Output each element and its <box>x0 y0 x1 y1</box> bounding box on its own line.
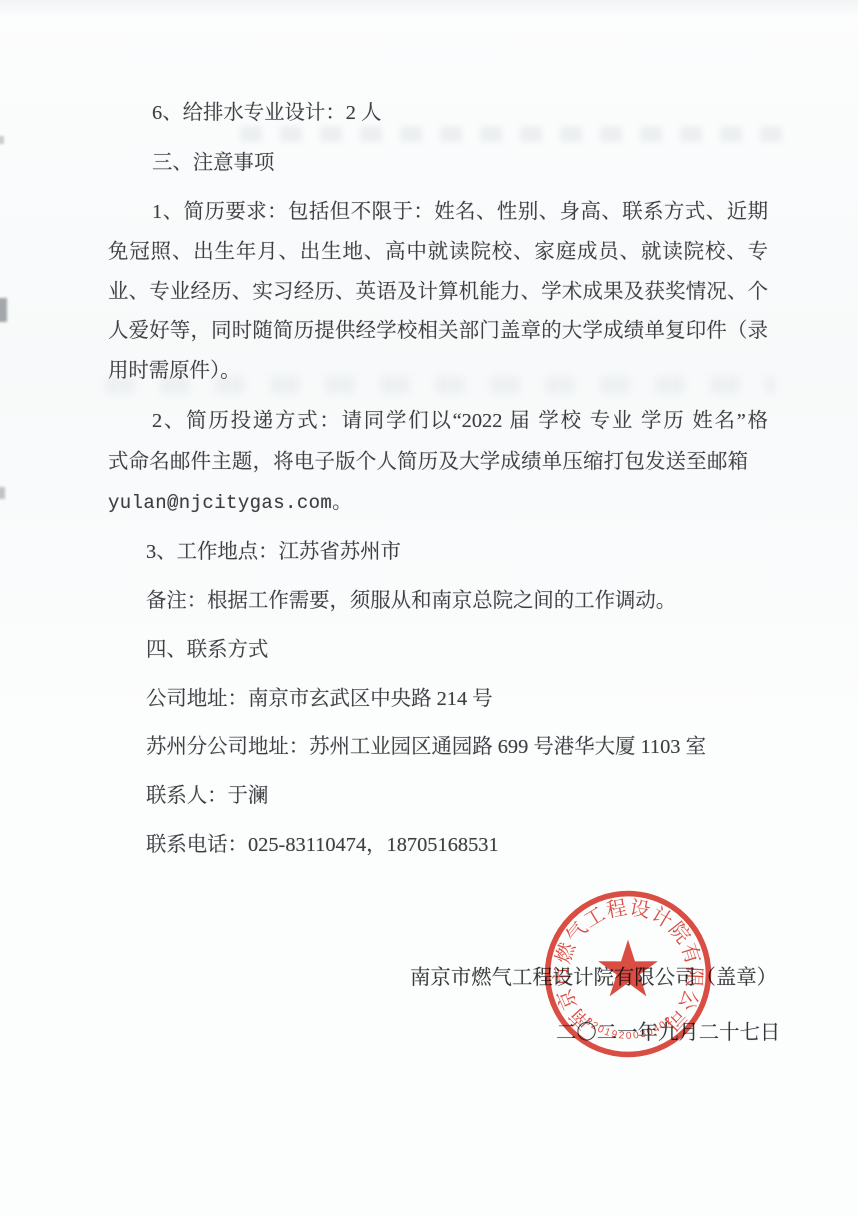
para-resume-req-l2: 免冠照、出生年月、出生地、高中就读院校、家庭成员、就读院校、专 <box>108 239 768 265</box>
line-item-6-plumbing: 6、给排水专业设计：2 人 <box>152 100 381 126</box>
contact-phone-line: 联系电话：025-83110474，18705168531 <box>146 832 499 858</box>
para-submission-l2: 式命名邮件主题，将电子版个人简历及大学成绩单压缩打包发送至邮箱 <box>108 449 748 475</box>
para-submission-l1: 2、简历投递方式：请同学们以“2022 届 学校 专业 学历 姓名”格 <box>152 408 768 434</box>
para-resume-req-l4: 人爱好等，同时随简历提供经学校相关部门盖章的大学成绩单复印件（录 <box>108 318 768 344</box>
document-page: 6、给排水专业设计：2 人三、注意事项1、简历要求：包括但不限于：姓名、性别、身… <box>0 0 858 1215</box>
para-resume-req-l3: 业、专业经历、实习经历、英语及计算机能力、学术成果及获奖情况、个 <box>108 279 768 305</box>
remark-line: 备注：根据工作需要，须服从和南京总院之间的工作调动。 <box>146 588 676 614</box>
heading-section-3-notes: 三、注意事项 <box>152 150 274 176</box>
scan-edge-mark <box>0 487 5 499</box>
scan-edge-mark <box>0 298 7 322</box>
company-address-line: 公司地址：南京市玄武区中央路 214 号 <box>146 686 493 712</box>
scan-smudge <box>240 126 800 142</box>
email-line: yulan@njcitygas.com。 <box>108 490 352 516</box>
suzhou-address-line: 苏州分公司地址：苏州工业园区通园路 699 号港华大厦 1103 室 <box>146 734 706 760</box>
para-resume-req-l1: 1、简历要求：包括但不限于：姓名、性别、身高、联系方式、近期 <box>152 199 768 225</box>
para-resume-req-l5: 用时需原件）。 <box>108 358 241 384</box>
scan-edge-mark <box>0 136 4 144</box>
heading-section-4-contact: 四、联系方式 <box>146 637 268 663</box>
contact-person-line: 联系人：于澜 <box>146 783 268 809</box>
company-seal: 南京市燃气工程设计院有限公司 3201920030402 <box>543 888 713 1060</box>
star-icon <box>598 940 658 997</box>
line-item-3-location: 3、工作地点：江苏省苏州市 <box>146 539 401 565</box>
